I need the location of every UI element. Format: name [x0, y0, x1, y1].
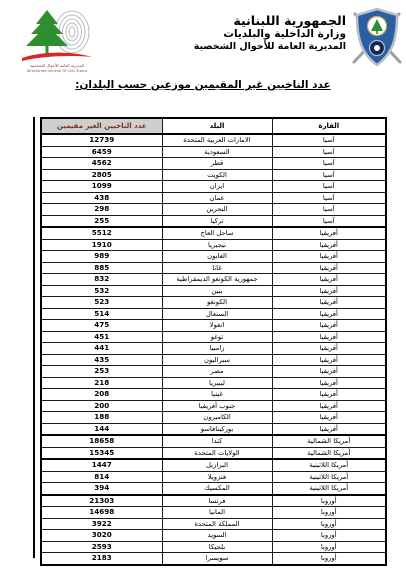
- continent-cell: أفريقيا: [272, 377, 386, 389]
- continent-cell: آسيا: [272, 192, 386, 204]
- continent-cell: آسيا: [272, 134, 386, 146]
- continent-cell: أفريقيا: [272, 308, 386, 320]
- country-cell: سيراليون: [162, 354, 272, 366]
- table-row: أفريقياساحل العاج5512: [41, 227, 386, 239]
- country-cell: البحرين: [162, 204, 272, 216]
- country-cell: كندا: [162, 435, 272, 447]
- country-cell: بوركينافاسو: [162, 423, 272, 435]
- count-cell: 3922: [41, 518, 162, 530]
- ministry-emblem: [350, 6, 404, 68]
- table-row: أوروبافرنسا21303: [41, 495, 386, 507]
- continent-cell: آسيا: [272, 215, 386, 227]
- country-cell: نيجيريا: [162, 239, 272, 251]
- count-cell: 1447: [41, 459, 162, 471]
- table-row: أمريكا الشماليةكندا18658: [41, 435, 386, 447]
- table-row: آسياعمان438: [41, 192, 386, 204]
- country-cell: البرازيل: [162, 459, 272, 471]
- table-row: أوروباالسويد3020: [41, 530, 386, 542]
- country-cell: بنين: [162, 285, 272, 297]
- header-text-block: الجمهورية اللبنانية وزارة الداخلية والبل…: [194, 13, 346, 53]
- country-cell: السعودية: [162, 146, 272, 158]
- table-row: أمريكا اللاتينيةالمكسيك394: [41, 483, 386, 495]
- table-row: أفريقياغينيا208: [41, 389, 386, 401]
- table-row: أوروباالمانيا14698: [41, 507, 386, 519]
- table-row: أفريقياغانا885: [41, 262, 386, 274]
- country-cell: الامارات العربية المتحدة: [162, 134, 272, 146]
- country-cell: ليبيريا: [162, 377, 272, 389]
- continent-cell: أفريقيا: [272, 227, 386, 239]
- voters-table: القارة البلد عدد الناخبين الغير مقيمين آ…: [40, 117, 387, 566]
- table-row: أفريقيازامبيا441: [41, 343, 386, 355]
- count-cell: 2805: [41, 169, 162, 181]
- country-cell: جمهورية الكونغو الديمقراطية: [162, 274, 272, 286]
- continent-cell: أفريقيا: [272, 331, 386, 343]
- table-row: أفريقياليبيريا218: [41, 377, 386, 389]
- count-cell: 1099: [41, 181, 162, 193]
- table-row: أفريقياجنوب أفريقيا200: [41, 400, 386, 412]
- count-cell: 435: [41, 354, 162, 366]
- red-swoosh: [22, 53, 92, 61]
- continent-cell: أوروبا: [272, 518, 386, 530]
- continent-cell: أمريكا اللاتينية: [272, 483, 386, 495]
- directorate-title: المديرية العامة للأحوال الشخصية: [194, 41, 346, 53]
- count-cell: 4562: [41, 158, 162, 170]
- table-row: أوروباسويسرا2183: [41, 553, 386, 565]
- country-cell: غينيا: [162, 389, 272, 401]
- count-cell: 6459: [41, 146, 162, 158]
- count-cell: 441: [41, 343, 162, 355]
- continent-cell: أوروبا: [272, 553, 386, 565]
- count-cell: 394: [41, 483, 162, 495]
- table-row: أفريقيابنين532: [41, 285, 386, 297]
- count-cell: 3020: [41, 530, 162, 542]
- country-cell: السويد: [162, 530, 272, 542]
- country-cell: قطر: [162, 158, 272, 170]
- continent-cell: أفريقيا: [272, 423, 386, 435]
- count-cell: 438: [41, 192, 162, 204]
- count-cell: 1910: [41, 239, 162, 251]
- table-row: أفريقياسيراليون435: [41, 354, 386, 366]
- count-cell: 451: [41, 331, 162, 343]
- count-cell: 255: [41, 215, 162, 227]
- continent-cell: آسيا: [272, 146, 386, 158]
- margin-rule: [33, 117, 35, 558]
- count-cell: 989: [41, 251, 162, 263]
- country-cell: ساحل العاج: [162, 227, 272, 239]
- count-cell: 832: [41, 274, 162, 286]
- table-row: أفريقياالكونغو523: [41, 297, 386, 309]
- country-cell: الكويت: [162, 169, 272, 181]
- table-row: أوروبابلجيكا2593: [41, 541, 386, 553]
- continent-cell: أوروبا: [272, 507, 386, 519]
- continent-cell: أفريقيا: [272, 320, 386, 332]
- logo-caption-en: Directorate General Of Civil Status: [20, 69, 94, 74]
- country-cell: المملكة المتحدة: [162, 518, 272, 530]
- count-cell: 253: [41, 366, 162, 378]
- count-cell: 188: [41, 412, 162, 424]
- count-cell: 18658: [41, 435, 162, 447]
- count-cell: 21303: [41, 495, 162, 507]
- count-cell: 12739: [41, 134, 162, 146]
- page-title: عدد الناخبين غير المقيمين موزعين حسب الب…: [0, 79, 406, 91]
- continent-cell: أفريقيا: [272, 366, 386, 378]
- table-row: أوروباالمملكة المتحدة3922: [41, 518, 386, 530]
- continent-cell: أفريقيا: [272, 343, 386, 355]
- continent-cell: أمريكا الشمالية: [272, 447, 386, 459]
- continent-cell: آسيا: [272, 181, 386, 193]
- table-row: أفريقيابوركينافاسو144: [41, 423, 386, 435]
- republic-title: الجمهورية اللبنانية: [194, 13, 346, 28]
- continent-cell: آسيا: [272, 204, 386, 216]
- table-header-row: القارة البلد عدد الناخبين الغير مقيمين: [41, 118, 386, 134]
- table-row: أفريقياتوغو451: [41, 331, 386, 343]
- table-row: آسياالبحرين298: [41, 204, 386, 216]
- continent-cell: أمريكا اللاتينية: [272, 459, 386, 471]
- country-cell: فنزويلا: [162, 471, 272, 483]
- country-cell: الكونغو: [162, 297, 272, 309]
- count-cell: 200: [41, 400, 162, 412]
- country-cell: السنغال: [162, 308, 272, 320]
- count-cell: 144: [41, 423, 162, 435]
- continent-cell: أوروبا: [272, 530, 386, 542]
- table-row: آسياالكويت2805: [41, 169, 386, 181]
- count-cell: 218: [41, 377, 162, 389]
- table-body: آسياالامارات العربية المتحدة12739آسياالس…: [41, 134, 386, 565]
- continent-cell: أفريقيا: [272, 239, 386, 251]
- count-cell: 208: [41, 389, 162, 401]
- continent-cell: أوروبا: [272, 541, 386, 553]
- count-cell: 2593: [41, 541, 162, 553]
- continent-cell: أفريقيا: [272, 274, 386, 286]
- continent-cell: أوروبا: [272, 495, 386, 507]
- table-row: أفريقيانيجيريا1910: [41, 239, 386, 251]
- count-cell: 2183: [41, 553, 162, 565]
- table-row: أمريكا اللاتينيةالبرازيل1447: [41, 459, 386, 471]
- country-cell: انغولا: [162, 320, 272, 332]
- continent-cell: أفريقيا: [272, 262, 386, 274]
- table-row: آسياتركيا255: [41, 215, 386, 227]
- country-cell: المانيا: [162, 507, 272, 519]
- continent-cell: أفريقيا: [272, 297, 386, 309]
- table-row: أمريكا الشماليةالولايات المتحدة15345: [41, 447, 386, 459]
- country-cell: مصر: [162, 366, 272, 378]
- country-cell: جنوب أفريقيا: [162, 400, 272, 412]
- continent-cell: أفريقيا: [272, 412, 386, 424]
- country-cell: بلجيكا: [162, 541, 272, 553]
- country-cell: عمان: [162, 192, 272, 204]
- continent-cell: أفريقيا: [272, 354, 386, 366]
- cedar-icon: [20, 8, 94, 66]
- count-cell: 523: [41, 297, 162, 309]
- country-cell: الولايات المتحدة: [162, 447, 272, 459]
- continent-cell: آسيا: [272, 158, 386, 170]
- shield-emblem-icon: [350, 6, 404, 68]
- count-cell: 298: [41, 204, 162, 216]
- count-cell: 532: [41, 285, 162, 297]
- ministry-title: وزارة الداخلية والبلديات: [194, 28, 346, 41]
- country-cell: المكسيك: [162, 483, 272, 495]
- continent-cell: أفريقيا: [272, 251, 386, 263]
- count-cell: 5512: [41, 227, 162, 239]
- col-country-header: البلد: [162, 118, 272, 134]
- country-cell: الغابون: [162, 251, 272, 263]
- count-cell: 814: [41, 471, 162, 483]
- table-row: أفريقيامصر253: [41, 366, 386, 378]
- count-cell: 15345: [41, 447, 162, 459]
- country-cell: سويسرا: [162, 553, 272, 565]
- document-page: المديرية العامة للأحوال الشخصية Director…: [0, 0, 406, 582]
- table-row: أفريقياالغابون989: [41, 251, 386, 263]
- table-row: أفريقياالكاميرون188: [41, 412, 386, 424]
- country-cell: تركيا: [162, 215, 272, 227]
- table-row: أفريقياانغولا475: [41, 320, 386, 332]
- continent-cell: أمريكا الشمالية: [272, 435, 386, 447]
- col-continent-header: القارة: [272, 118, 386, 134]
- country-cell: زامبيا: [162, 343, 272, 355]
- table-row: أفريقياجمهورية الكونغو الديمقراطية832: [41, 274, 386, 286]
- cedar-fingerprint-logo: المديرية العامة للأحوال الشخصية Director…: [20, 8, 94, 74]
- continent-cell: آسيا: [272, 169, 386, 181]
- country-cell: الكاميرون: [162, 412, 272, 424]
- continent-cell: أفريقيا: [272, 285, 386, 297]
- table-row: آسياالسعودية6459: [41, 146, 386, 158]
- country-cell: غانا: [162, 262, 272, 274]
- table-row: آسياالامارات العربية المتحدة12739: [41, 134, 386, 146]
- logo-caption-ar: المديرية العامة للأحوال الشخصية: [20, 64, 94, 69]
- continent-cell: أفريقيا: [272, 389, 386, 401]
- continent-cell: أمريكا اللاتينية: [272, 471, 386, 483]
- count-cell: 514: [41, 308, 162, 320]
- country-cell: ايران: [162, 181, 272, 193]
- continent-cell: أفريقيا: [272, 400, 386, 412]
- table-row: أمريكا اللاتينيةفنزويلا814: [41, 471, 386, 483]
- table-row: أفريقياالسنغال514: [41, 308, 386, 320]
- col-count-header: عدد الناخبين الغير مقيمين: [41, 118, 162, 134]
- country-cell: فرنسا: [162, 495, 272, 507]
- country-cell: توغو: [162, 331, 272, 343]
- count-cell: 885: [41, 262, 162, 274]
- table-row: آسياقطر4562: [41, 158, 386, 170]
- count-cell: 14698: [41, 507, 162, 519]
- count-cell: 475: [41, 320, 162, 332]
- table-row: آسياايران1099: [41, 181, 386, 193]
